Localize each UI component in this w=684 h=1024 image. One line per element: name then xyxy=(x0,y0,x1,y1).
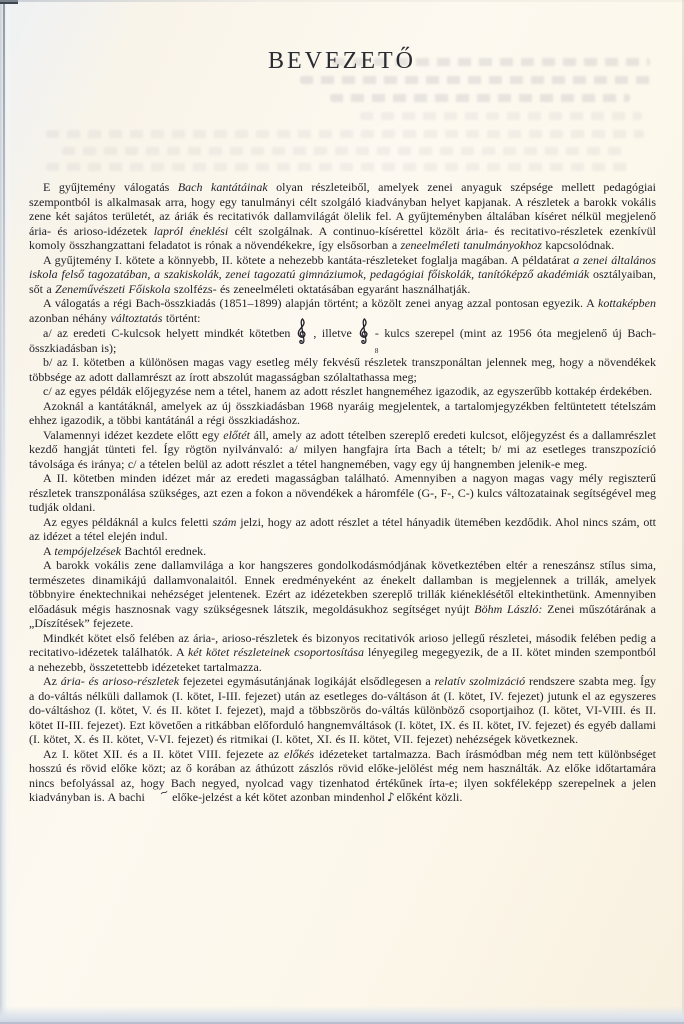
paragraph: Azoknál a kantátáknál, amelyek az új öss… xyxy=(29,399,656,428)
text-run: Az egyes példáknál a kulcs feletti xyxy=(43,515,212,529)
paragraph: a/ az eredeti C-kulcsok helyett mindkét … xyxy=(29,325,656,355)
bleed-through-artifact xyxy=(46,130,644,138)
emphasized-text: előkés xyxy=(284,747,314,761)
emphasized-text: tempójelzések xyxy=(54,544,121,558)
paragraph: b/ az I. kötetben a különösen magas vagy… xyxy=(29,355,656,384)
text-run: fejezetei egymásutánjának logikáját első… xyxy=(179,674,434,688)
scan-binding-shadow xyxy=(3,0,5,520)
emphasized-text: kottaképben xyxy=(598,296,656,310)
octave-8-label: 8 xyxy=(361,344,379,359)
eighth-note-icon: ♪ xyxy=(385,790,397,804)
paragraph: c/ az egyes példák előjegyzése nem a tét… xyxy=(29,384,656,399)
text-run: A xyxy=(43,544,54,558)
paragraph: Valamennyi idézet kezdete előtt egy előt… xyxy=(29,428,656,472)
emphasized-text: ária- és arioso-részletek xyxy=(61,674,179,688)
text-run: c/ az egyes példák előjegyzése nem a tét… xyxy=(43,384,652,398)
text-run: A válogatás a régi Bach-összkiadás (1851… xyxy=(43,296,598,310)
treble-clef-octave-icon: 8 xyxy=(357,325,370,339)
paragraph: Az egyes példáknál a kulcs feletti szám … xyxy=(29,515,656,544)
emphasized-text: Bach kantátáinak xyxy=(178,180,268,194)
treble-clef-icon xyxy=(295,325,308,339)
text-run: A gyűjtemény I. kötete a könnyebb, II. k… xyxy=(43,253,573,267)
page-title: BEVEZETŐ xyxy=(0,48,684,75)
text-run: , illetve xyxy=(313,326,351,340)
paragraph: A tempójelzések Bachtól erednek. xyxy=(29,544,656,559)
text-run: Azoknál a kantátáknál, amelyek az új öss… xyxy=(29,399,656,428)
text-run: Bachtól erednek. xyxy=(121,544,206,558)
emphasized-text: két kötet részleteinek csoportosítása xyxy=(188,645,364,659)
bleed-through-artifact xyxy=(300,76,656,84)
text-run: b/ az I. kötetben a különösen magas vagy… xyxy=(29,355,656,384)
text-run: előke-jelzést a két kötet azonban minden… xyxy=(172,790,385,804)
paragraph: Az I. kötet XII. és a II. kötet VIII. fe… xyxy=(29,747,656,806)
emphasized-text: Böhm László: xyxy=(474,602,542,616)
paragraph: E gyűjtemény válogatás Bach kantátáinak … xyxy=(29,180,656,253)
text-run: Valamennyi idézet kezdete előtt egy xyxy=(43,428,223,442)
text-run: E gyűjtemény válogatás xyxy=(43,180,178,194)
paragraph: A barokk vokális zene dallamvilága a kor… xyxy=(29,558,656,631)
emphasized-text: szám xyxy=(212,515,236,529)
body-text: E gyűjtemény válogatás Bach kantátáinak … xyxy=(29,180,656,806)
bleed-through-artifact xyxy=(62,147,628,155)
paragraph: A válogatás a régi Bach-összkiadás (1851… xyxy=(29,296,656,325)
paragraph: A gyűjtemény I. kötete a könnyebb, II. k… xyxy=(29,253,656,297)
text-run: előként közli. xyxy=(397,790,463,804)
bleed-through-artifact xyxy=(46,163,634,171)
bleed-through-artifact xyxy=(360,112,642,120)
scan-edge-left xyxy=(0,0,12,1024)
treble-clef-icon xyxy=(295,318,308,345)
emphasized-text: Zeneművészeti Főiskola xyxy=(55,282,170,296)
emphasized-text: lapról éneklési xyxy=(154,224,228,238)
scan-edge-top xyxy=(0,0,684,2)
scanned-page: BEVEZETŐ E gyűjtemény válogatás Bach kan… xyxy=(0,0,684,1024)
text-run: A II. kötetben minden idézet már az ered… xyxy=(29,471,656,514)
text-run: a/ az eredeti C-kulcsok helyett mindkét … xyxy=(43,326,290,340)
emphasized-text: relatív szolmizáció xyxy=(434,674,525,688)
treble-clef-icon xyxy=(357,318,370,345)
emphasized-text: változtatás xyxy=(110,311,162,325)
emphasized-text: előtét xyxy=(223,428,250,442)
text-run: kapcsolódnak. xyxy=(542,238,614,252)
paragraph: Mindkét kötet első felében az ária-, ari… xyxy=(29,631,656,675)
bleed-through-artifact xyxy=(330,94,630,102)
paragraph: A II. kötetben minden idézet már az ered… xyxy=(29,471,656,515)
text-run: azonban néhány xyxy=(29,311,110,325)
paragraph: Az ária- és arioso-részletek fejezetei e… xyxy=(29,674,656,747)
text-run: szolfézs- és zeneelméleti oktatásában eg… xyxy=(171,282,471,296)
text-run: Az I. kötet XII. és a II. kötet VIII. fe… xyxy=(43,747,284,761)
emphasized-text: zeneelméleti tanulmányokhoz xyxy=(401,238,542,252)
text-run: Az xyxy=(43,674,61,688)
text-run: történt: xyxy=(162,311,200,325)
